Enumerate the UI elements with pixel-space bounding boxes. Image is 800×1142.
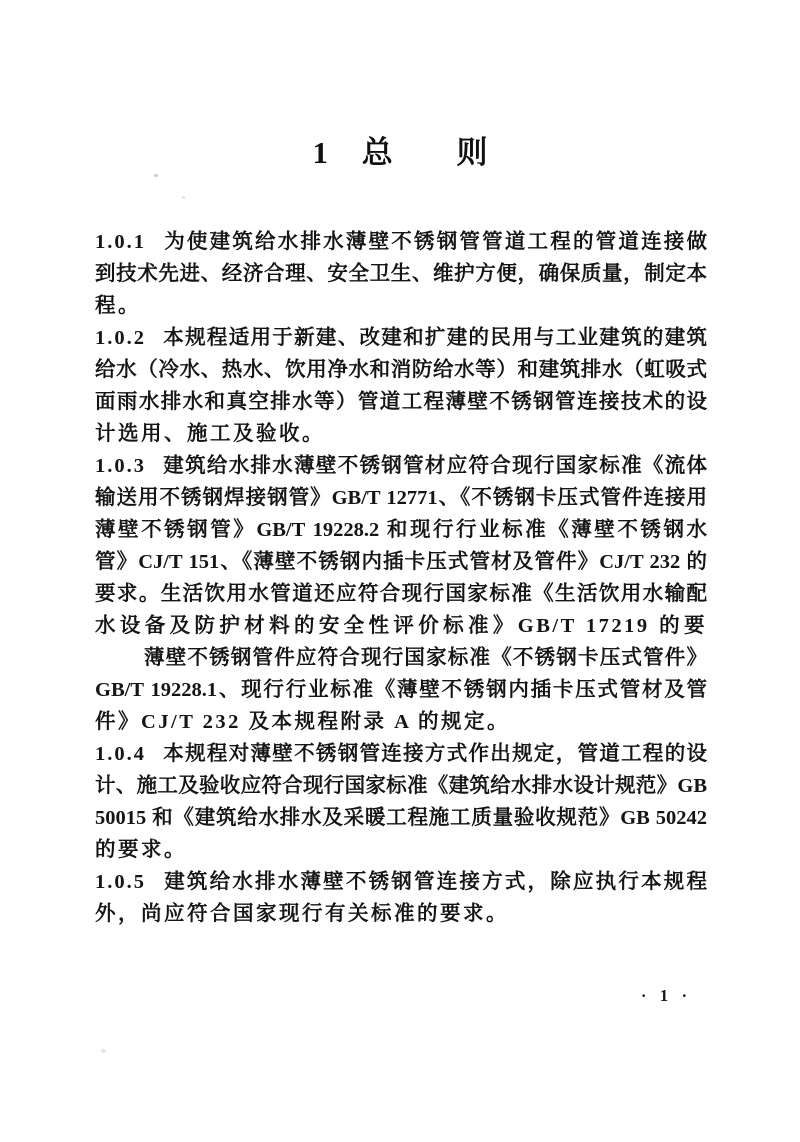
clause-line: 1.0.1为使建筑给水排水薄壁不锈钢管管道工程的管道连接做 xyxy=(95,226,707,258)
clause-sub-line: GB/T 19228.1、现行行业标准《薄壁不锈钢内插卡压式管材及管 xyxy=(95,674,707,706)
clause-number: 1.0.2 xyxy=(95,327,146,349)
clause-text: 本规程对薄壁不锈钢管连接方式作出规定，管道工程的设 xyxy=(162,743,707,765)
clause-1-0-4: 1.0.4本规程对薄壁不锈钢管连接方式作出规定，管道工程的设 计、施工及验收应符… xyxy=(95,738,707,866)
clause-number: 1.0.1 xyxy=(95,231,146,253)
clause-line: 面雨水排水和真空排水等）管道工程薄壁不锈钢管连接技术的设 xyxy=(95,386,707,418)
clause-line: 50015 和《建筑给水排水及采暖工程施工质量验收规范》GB 50242 xyxy=(95,802,707,834)
clause-text: 为使建筑给水排水薄壁不锈钢管管道工程的管道连接做 xyxy=(162,231,707,253)
clause-number: 1.0.5 xyxy=(95,871,146,893)
clause-line: 1.0.3建筑给水排水薄壁不锈钢管材应符合现行国家标准《流体 xyxy=(95,450,707,482)
body-text: 1.0.1为使建筑给水排水薄壁不锈钢管管道工程的管道连接做 到技术先进、经济合理… xyxy=(95,226,707,930)
clause-text: 本规程适用于新建、改建和扩建的民用与工业建筑的建筑 xyxy=(162,327,707,349)
clause-line: 程。 xyxy=(95,290,707,322)
clause-line: 外，尚应符合国家现行有关标准的要求。 xyxy=(95,898,707,930)
clause-number: 1.0.3 xyxy=(95,455,146,477)
clause-sub-line: 件》CJ/T 232 及本规程附录 A 的规定。 xyxy=(95,706,707,738)
clause-text: 建筑给水排水薄壁不锈钢管材应符合现行国家标准《流体 xyxy=(162,455,707,477)
chapter-title: 1 总 则 xyxy=(0,127,800,172)
clause-line: 的要求。 xyxy=(95,834,707,866)
clause-line: 1.0.2本规程适用于新建、改建和扩建的民用与工业建筑的建筑 xyxy=(95,322,707,354)
page-number: · 1 · xyxy=(628,986,700,1006)
clause-line: 1.0.5建筑给水排水薄壁不锈钢管连接方式，除应执行本规程 xyxy=(95,866,707,898)
clause-line: 计选用、施工及验收。 xyxy=(95,418,707,450)
clause-line: 给水（冷水、热水、饮用净水和消防给水等）和建筑排水（虹吸式屋 xyxy=(95,354,707,386)
clause-line: 管》CJ/T 151、《薄壁不锈钢内插卡压式管材及管件》CJ/T 232 的 xyxy=(95,546,707,578)
chapter-number: 1 xyxy=(313,135,329,170)
clause-1-0-2: 1.0.2本规程适用于新建、改建和扩建的民用与工业建筑的建筑 给水（冷水、热水、… xyxy=(95,322,707,450)
chapter-title-word-second: 则 xyxy=(457,135,488,170)
clause-line: 水设备及防护材料的安全性评价标准》GB/T 17219 的要求。 xyxy=(95,610,707,642)
clause-number: 1.0.4 xyxy=(95,743,146,765)
clause-1-0-1: 1.0.1为使建筑给水排水薄壁不锈钢管管道工程的管道连接做 到技术先进、经济合理… xyxy=(95,226,707,322)
clause-text: 建筑给水排水薄壁不锈钢管连接方式，除应执行本规程 xyxy=(162,871,707,893)
clause-1-0-3: 1.0.3建筑给水排水薄壁不锈钢管材应符合现行国家标准《流体 输送用不锈钢焊接钢… xyxy=(95,450,707,738)
scan-speck xyxy=(154,174,158,177)
clause-line: 要求。生活饮用水管道还应符合现行国家标准《生活饮用水输配 xyxy=(95,578,707,610)
clause-line: 薄壁不锈钢管》GB/T 19228.2 和现行行业标准《薄壁不锈钢水 xyxy=(95,514,707,546)
clause-line: 输送用不锈钢焊接钢管》GB/T 12771、《不锈钢卡压式管件连接用 xyxy=(95,482,707,514)
document-page: 1 总 则 1.0.1为使建筑给水排水薄壁不锈钢管管道工程的管道连接做 到技术先… xyxy=(0,0,800,1142)
chapter-title-word-first: 总 xyxy=(362,135,393,170)
clause-line: 1.0.4本规程对薄壁不锈钢管连接方式作出规定，管道工程的设 xyxy=(95,738,707,770)
clause-line: 计、施工及验收应符合现行国家标准《建筑给水排水设计规范》GB xyxy=(95,770,707,802)
scan-speck xyxy=(182,196,185,199)
clause-sub-line: 薄壁不锈钢管件应符合现行国家标准《不锈钢卡压式管件》 xyxy=(95,642,707,674)
scan-speck xyxy=(101,1049,106,1053)
clause-1-0-5: 1.0.5建筑给水排水薄壁不锈钢管连接方式，除应执行本规程 外，尚应符合国家现行… xyxy=(95,866,707,930)
clause-line: 到技术先进、经济合理、安全卫生、维护方便，确保质量，制定本规 xyxy=(95,258,707,290)
